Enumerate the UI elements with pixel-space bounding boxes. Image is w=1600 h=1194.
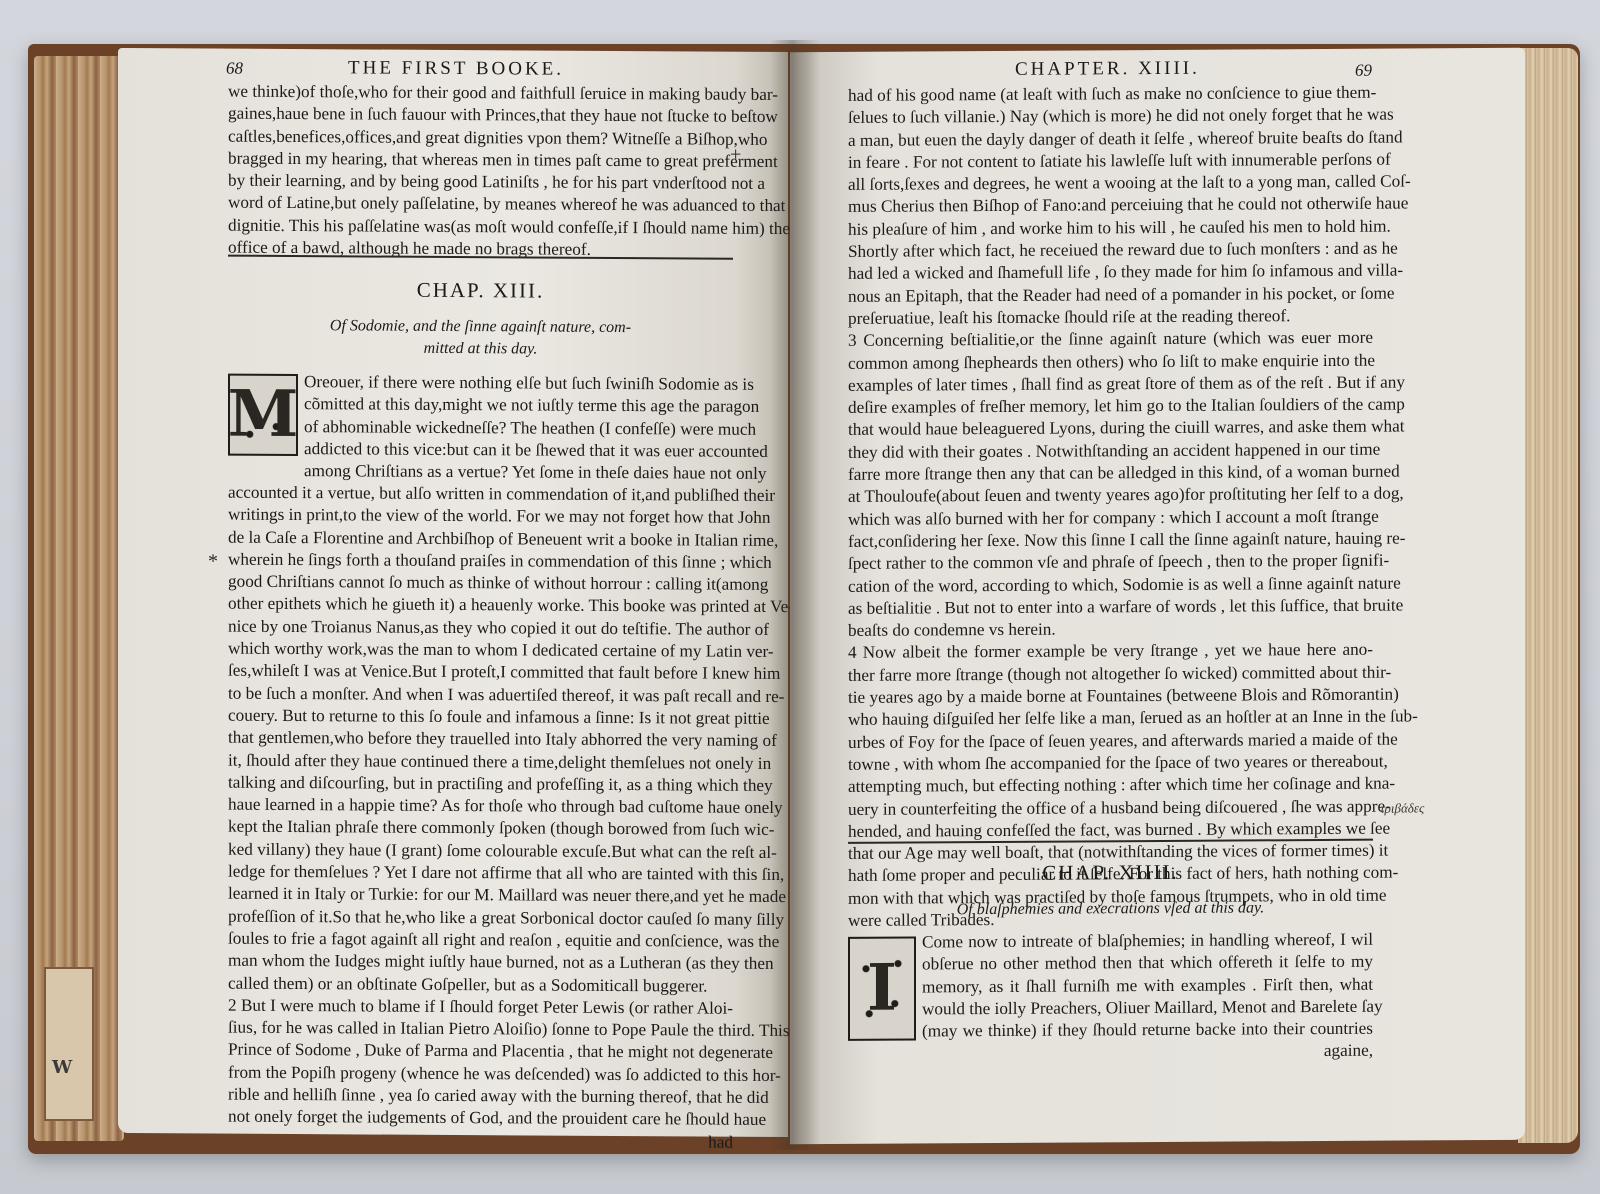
page-block-edge	[1518, 48, 1578, 1143]
text-line: to be ſuch a monſter. And when I was adu…	[228, 682, 733, 707]
text-line: talking and diſcourſing, but in practiſi…	[228, 771, 733, 796]
text-line: Oreouer, if there were nothing elſe but …	[304, 371, 734, 396]
text-line: they did with their goates . Notwithſtan…	[848, 438, 1373, 464]
text-line: deſire examples of freſher memory, let h…	[848, 394, 1373, 420]
text-line: would the iolly Preachers, Oliuer Mailla…	[922, 996, 1373, 1021]
spine-label: W	[44, 967, 94, 1121]
text-line: 4 Now albeit the former example be very …	[848, 639, 1373, 665]
running-head: THE FIRST BOOKE.	[348, 57, 564, 80]
continuation-text: we thinke)of thoſe,who for their good an…	[228, 81, 733, 262]
text-line: mus Cherius then Biſhop of Fano:and perc…	[848, 193, 1373, 219]
text-line: farre more ſtrange then any that can be …	[848, 461, 1373, 487]
text-line: ledge for themſelues ? Yet I dare not af…	[228, 861, 733, 886]
page-number: 69	[1355, 61, 1372, 81]
text-line: among Chriſtians as a vertue? Yet ſome i…	[304, 460, 734, 485]
text-line: gaines,haue bene in ſuch fauour with Pri…	[228, 103, 733, 128]
text-line: dignitie. This his paſſelatine was(as mo…	[228, 214, 733, 239]
text-line: attempting much, but effecting nothing :…	[848, 773, 1373, 799]
decorated-initial-m: M	[228, 374, 298, 456]
margin-note-greek: τριβάδες	[1380, 800, 1424, 816]
book-photo: W 68 THE FIRST BOOKE. we thinke)of thoſe…	[0, 0, 1600, 1194]
chapter-opening: Oreouer, if there were nothing elſe but …	[304, 371, 734, 485]
text-line: not onely forget the iudgements of God, …	[228, 1106, 733, 1131]
text-line: ked villany) they haue (I grant) ſome co…	[228, 838, 733, 863]
text-line: that gentlemen,who before they trauelled…	[228, 727, 733, 752]
text-line: in feare . For not content to ſatiate hi…	[848, 149, 1373, 175]
page-number: 68	[226, 59, 243, 79]
chapter-subtitle-line: Of Sodomie, and the ſinne againſt nature…	[330, 317, 631, 336]
text-line: uery in counterfeiting the office of a h…	[848, 795, 1373, 821]
left-page: 68 THE FIRST BOOKE. we thinke)of thoſe,w…	[118, 48, 788, 1137]
text-line: good Chriſtians cannot ſo much as thinke…	[228, 571, 733, 596]
text-line: of abhominable wickedneſſe? The heathen …	[304, 416, 734, 441]
text-line: rible and helliſh ſinne , yea ſo caried …	[228, 1084, 733, 1109]
text-line: ſius, for he was called in Italian Pietr…	[228, 1017, 733, 1042]
text-line: all ſorts,ſexes and degrees, he went a w…	[848, 171, 1373, 197]
text-line: by their learning, and by being good Lat…	[228, 170, 733, 195]
text-line: de la Caſe a Florentine and Archbiſhop o…	[228, 526, 733, 551]
chapter-subtitle: Of Sodomie, and the ſinne againſt nature…	[228, 315, 733, 362]
text-line: Prince of Sodome , Duke of Parma and Pla…	[228, 1039, 733, 1064]
text-line: towne , with whom ſhe accompanied for th…	[848, 751, 1373, 777]
text-line: urbes of Foy for the ſpace of ſeuen year…	[848, 728, 1373, 754]
chapter-body: accounted it a vertue, but alſo written …	[228, 482, 733, 1154]
text-line: caſtles,benefices,offices,and great dign…	[228, 125, 733, 150]
initial-letter: I	[867, 957, 897, 1021]
text-line: fact,conſidering her ſexe. Now this ſinn…	[848, 528, 1373, 554]
text-line: accounted it a vertue, but alſo written …	[228, 482, 733, 507]
text-line: 2 But I were much to blame if I ſhould f…	[228, 994, 733, 1019]
text-line: had of his good name (at leaſt with ſuch…	[848, 82, 1373, 108]
text-line: we thinke)of thoſe,who for their good an…	[228, 81, 733, 106]
catchword: had	[228, 1128, 733, 1153]
text-line: a man, but euen the dayly danger of deat…	[848, 126, 1373, 152]
chapter-subtitle: Of blaſphemies and execrations vſed at t…	[848, 897, 1373, 922]
text-line: kept the Italian phraſe there commonly ſ…	[228, 816, 733, 841]
text-line: who hauing diſguiſed her ſelfe like a ma…	[848, 706, 1373, 732]
text-line: tie yeares ago by a maide borne at Fount…	[848, 684, 1373, 710]
spine-label-text: W	[52, 1057, 72, 1078]
text-line: ther farre more ſtrange (though not alto…	[848, 661, 1373, 687]
text-line: (may we thinke) if they ſhould returne b…	[922, 1018, 1373, 1043]
chapter-subtitle-line: mitted at this day.	[424, 340, 538, 358]
text-line: other epithets which he giueth it) a hea…	[228, 593, 733, 618]
text-line: ſelues to ſuch villanie.) Nay (which is …	[848, 104, 1373, 130]
text-line: ſoules to frie a fagot againſt all right…	[228, 928, 733, 953]
text-line: obſerue no other method then that which …	[922, 951, 1373, 976]
text-line: it, ſhould after they haue continued the…	[228, 749, 733, 774]
chapter-title: CHAP. XIIII.	[848, 859, 1373, 887]
text-line: which was alſo burned with her for compa…	[848, 505, 1373, 531]
chapter-opening: Come now to intreate of blaſphemies; in …	[922, 929, 1373, 1066]
text-line: nous an Epitaph, that the Reader had nee…	[848, 282, 1373, 308]
running-head: CHAPTER. XIIII.	[1015, 58, 1200, 81]
text-line: word of Latine,but onely paſſelatine, by…	[228, 192, 733, 217]
chapter-continuation-text: had of his good name (at leaſt with ſuch…	[848, 82, 1373, 932]
text-line: cation of the word, according to which, …	[848, 572, 1373, 598]
text-line: learned it in Italy or Turkie: for our M…	[228, 883, 733, 908]
text-line: cõmitted at this day,might we not iuſtly…	[304, 393, 734, 418]
text-line: profeſſion of it.So that he,who like a g…	[228, 905, 733, 930]
chapter-title: CHAP. XIII.	[228, 277, 733, 305]
text-line: writings in print,to the view of the wor…	[228, 504, 733, 529]
decorated-initial-i: I	[848, 936, 916, 1040]
text-line: ſpect rather to the common vſe and phraſ…	[848, 550, 1373, 576]
right-page: CHAPTER. XIIII. 69 had of his good name …	[790, 48, 1525, 1144]
initial-letter: M	[228, 383, 299, 447]
text-line: which worthy work,was the man to whom I …	[228, 638, 733, 663]
text-line: addicted to this vice:but can it be ſhew…	[304, 438, 734, 463]
text-line: at Thouloufe(about ſeuen and twenty year…	[848, 483, 1373, 509]
text-line: from the Popiſh progeny (whence he was d…	[228, 1061, 733, 1086]
text-line: had led a wicked and ſhamefull life , ſo…	[848, 260, 1373, 286]
text-line: memory, as it ſhall furniſh me with exam…	[922, 973, 1373, 998]
text-line: called them) or an obſtinate Goſpeller, …	[228, 972, 733, 997]
text-line: that would haue beleaguered Lyons, durin…	[848, 416, 1373, 442]
text-line: preſeruatiue, leaſt his ſtomacke ſhould …	[848, 305, 1373, 331]
text-line: Come now to intreate of blaſphemies; in …	[922, 929, 1373, 954]
text-line: nice by one Troianus Nanus,as they who c…	[228, 615, 733, 640]
text-line: Shortly after which fact, he receiued th…	[848, 238, 1373, 264]
text-line: couery. But to returne to this ſo foule …	[228, 705, 733, 730]
text-line: beaſts do condemne vs herein.	[848, 617, 1373, 643]
book-spine-edge: W	[34, 56, 124, 1141]
text-line: his pleaſure of him , and worke him to h…	[848, 215, 1373, 241]
text-line: bragged in my hearing, that whereas men …	[228, 148, 733, 173]
margin-pen-mark: +	[730, 144, 741, 167]
text-line: 3 Concerning beſtialitie,or the ſinne ag…	[848, 327, 1373, 353]
text-line: man whom the Iudges might iuſtly haue bu…	[228, 950, 733, 975]
margin-pen-mark: *	[208, 551, 218, 574]
text-line: ſes,whileſt I was at Venice.But I proteſ…	[228, 660, 733, 685]
catchword: againe,	[922, 1040, 1373, 1065]
text-line: haue learned in a happie time? As for th…	[228, 794, 733, 819]
text-line: as beſtialitie . But not to enter into a…	[848, 595, 1373, 621]
text-line: common among ſhepheards then others) who…	[848, 349, 1373, 375]
text-line: wherein he ſings forth a thouſand praiſe…	[228, 549, 733, 574]
text-line: examples of later times , ſhall find as …	[848, 372, 1373, 398]
